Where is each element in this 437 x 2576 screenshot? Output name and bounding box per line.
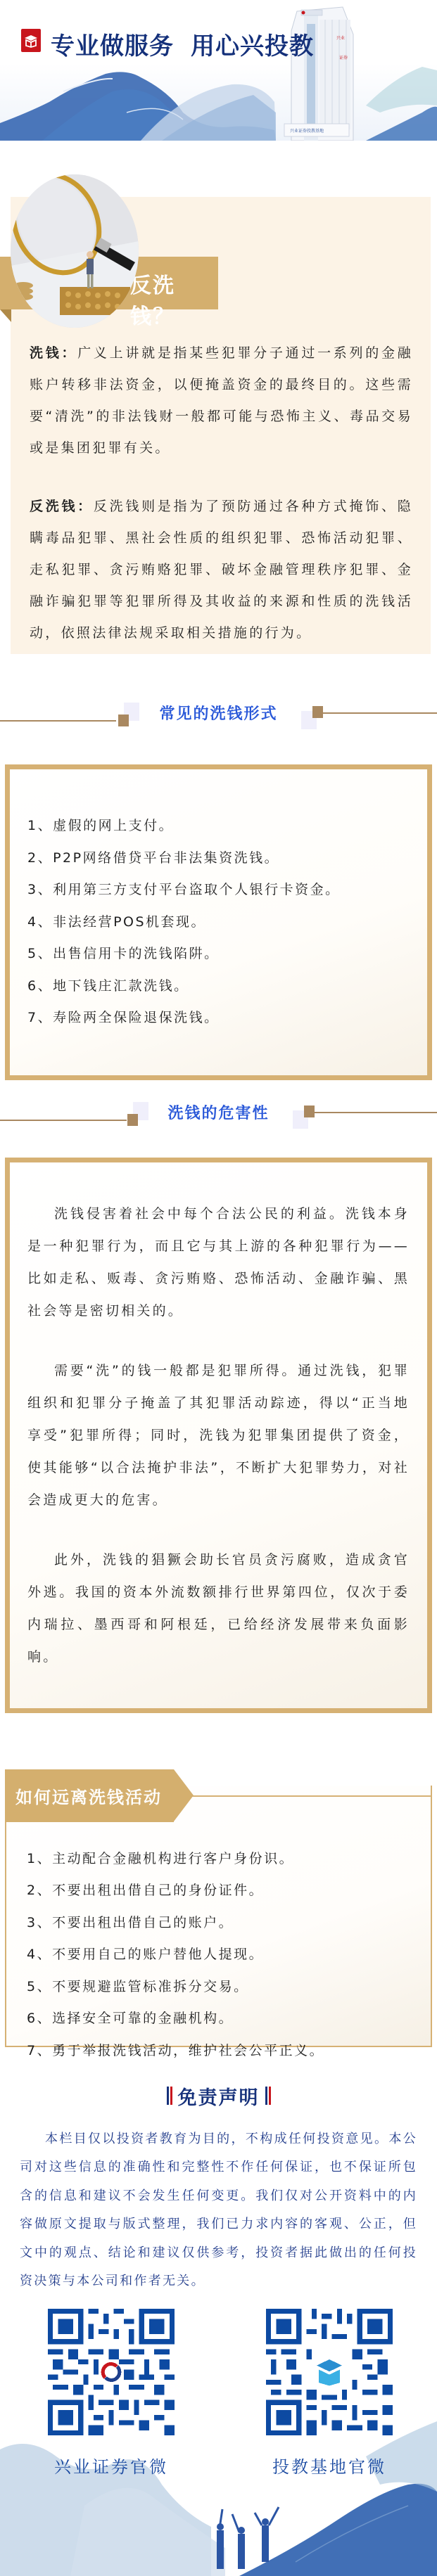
list-item: 4、非法经营POS机套现。 bbox=[27, 906, 410, 939]
divider-square-right bbox=[312, 706, 323, 718]
avoid-list: 1、主动配合金融机构进行客户身份识。 2、不要出租出借自己的身份证件。 3、不要… bbox=[9, 1843, 342, 2068]
brand-logo-icon bbox=[21, 29, 41, 52]
list-item: 5、出售信用卡的洗钱陷阱。 bbox=[27, 938, 410, 970]
paragraph: 需要“洗”的钱一般都是犯罪所得。通过洗钱，犯罪组织和犯罪分子掩盖了其犯罪活动踪迹… bbox=[27, 1354, 410, 1516]
list-item: 2、不要出租出借自己的身份证件。 bbox=[27, 1875, 324, 1907]
harm-section-header: 洗钱的危害性 bbox=[0, 1080, 437, 1151]
svg-text:兴业: 兴业 bbox=[336, 35, 345, 41]
term-label: 洗钱： bbox=[30, 345, 77, 361]
list-item: 1、虚假的网上支付。 bbox=[27, 810, 410, 842]
list-item: 7、勇于举报洗钱活动，维护社会公平正义。 bbox=[27, 2035, 324, 2068]
divider-square-right bbox=[304, 1106, 315, 1117]
svg-text:证券: 证券 bbox=[339, 55, 348, 60]
definition-body: 广义上讲就是指某些犯罪分子通过一系列的金融账户转移非法资金，以便掩盖资金的最终目… bbox=[30, 345, 413, 456]
divider-line-right bbox=[323, 712, 437, 714]
magnifier-abacus-photo bbox=[11, 174, 139, 328]
svg-text:兴业证券投教基地: 兴业证券投教基地 bbox=[290, 128, 324, 134]
paragraph: 洗钱侵害着社会中每个合法公民的利益。洗钱本身是一种犯罪行为，而且它与其上游的各种… bbox=[27, 1198, 410, 1327]
title-bars-icon bbox=[167, 2087, 172, 2105]
what-is-aml-section: 反洗钱？ 洗钱：广义上讲就是指某些犯罪分子 bbox=[0, 155, 437, 668]
section-heading: 如何远离洗钱活动 bbox=[15, 1783, 162, 1808]
list-item: 3、不要出租出借自己的账户。 bbox=[27, 1907, 324, 1940]
forms-list: 1、虚假的网上支付。 2、P2P网络借贷平台非法集资洗钱。 3、利用第三方支付平… bbox=[10, 810, 427, 1034]
title-bars-icon bbox=[265, 2087, 271, 2105]
avoid-frame-top-line bbox=[181, 1795, 432, 1797]
list-item: 6、选择安全可靠的金融机构。 bbox=[27, 2003, 324, 2035]
list-item: 1、主动配合金融机构进行客户身份识。 bbox=[27, 1843, 324, 1876]
avoid-heading-tag: 如何远离洗钱活动 bbox=[5, 1769, 174, 1822]
definition-anti-money-laundering: 反洗钱：反洗钱则是指为了预防通过各种方式掩饰、隐瞒毒品犯罪、黑社会性质的组织犯罪… bbox=[30, 491, 413, 649]
list-item: 3、利用第三方支付平台盗取个人银行卡资金。 bbox=[27, 874, 410, 906]
list-item: 4、不要用自己的账户替他人提现。 bbox=[27, 1939, 324, 1971]
qr-code-investor-education[interactable] bbox=[266, 2309, 393, 2435]
list-item: 5、不要规避监管标准拆分交易。 bbox=[27, 1971, 324, 2004]
definition-body: 反洗钱则是指为了预防通过各种方式掩饰、隐瞒毒品犯罪、黑社会性质的组织犯罪、恐怖活… bbox=[30, 499, 413, 641]
forms-box: 1、虚假的网上支付。 2、P2P网络借贷平台非法集资洗钱。 3、利用第三方支付平… bbox=[5, 764, 432, 1080]
harm-text: 洗钱侵害着社会中每个合法公民的利益。洗钱本身是一种犯罪行为，而且它与其上游的各种… bbox=[10, 1198, 427, 1673]
paragraph: 此外，洗钱的猖獗会助长官员贪污腐败，造成贪官外逃。我国的资本外流数额排行世界第四… bbox=[27, 1544, 410, 1673]
ink-wave-illustration bbox=[0, 63, 437, 141]
qr-label-investor-education: 投教基地官微 bbox=[259, 2453, 400, 2478]
list-item: 7、寿险两全保险退保洗钱。 bbox=[27, 1002, 410, 1034]
qr-label-xyzq: 兴业证券官微 bbox=[41, 2453, 182, 2478]
disclaimer-body: 本栏目仅以投资者教育为目的，不构成任何投资意见。本公司对这些信息的准确性和完整性… bbox=[20, 2125, 417, 2296]
infographic-page: 兴业 证券 兴业证券投教基地 专业做服务用心兴投教 反洗钱？ bbox=[0, 0, 437, 2576]
office-building-illustration: 兴业 证券 兴业证券投教基地 bbox=[276, 3, 367, 141]
intro-title: 反洗钱？ bbox=[130, 268, 218, 330]
disclaimer-text: 本栏目仅以投资者教育为目的，不构成任何投资意见。本公司对这些信息的准确性和完整性… bbox=[20, 2125, 417, 2296]
footer-qr-section: 兴业证券官微 bbox=[0, 2309, 437, 2576]
header-banner: 兴业 证券 兴业证券投教基地 专业做服务用心兴投教 bbox=[0, 0, 437, 141]
list-item: 2、P2P网络借贷平台非法集资洗钱。 bbox=[27, 842, 410, 875]
title-bar-fold bbox=[0, 309, 11, 322]
list-item: 6、地下钱庄汇款洗钱。 bbox=[27, 970, 410, 1003]
divider-line-right bbox=[314, 1112, 437, 1113]
disclaimer-title: 免责声明 bbox=[161, 2082, 277, 2110]
avoid-section: 如何远离洗钱活动 1、主动配合金融机构进行客户身份识。 2、不要出租出借自己的身… bbox=[5, 1759, 432, 2047]
intro-text: 洗钱：广义上讲就是指某些犯罪分子通过一系列的金融账户转移非法资金，以便掩盖资金的… bbox=[30, 338, 413, 676]
disclaimer-heading: 免责声明 bbox=[178, 2082, 260, 2110]
slogan-left: 专业做服务 bbox=[51, 32, 174, 60]
banner-slogan: 专业做服务用心兴投教 bbox=[51, 27, 331, 61]
forms-section-header: 常见的洗钱形式 bbox=[0, 668, 437, 738]
disclaimer-section: 免责声明 本栏目仅以投资者教育为目的，不构成任何投资意见。本公司对这些信息的准确… bbox=[0, 2082, 437, 2296]
slogan-right: 用心兴投教 bbox=[191, 32, 314, 60]
harm-box: 洗钱侵害着社会中每个合法公民的利益。洗钱本身是一种犯罪行为，而且它与其上游的各种… bbox=[5, 1158, 432, 1713]
qr-code-xyzq[interactable] bbox=[48, 2309, 175, 2435]
definition-money-laundering: 洗钱：广义上讲就是指某些犯罪分子通过一系列的金融账户转移非法资金，以便掩盖资金的… bbox=[30, 338, 413, 464]
term-label: 反洗钱： bbox=[30, 499, 94, 514]
